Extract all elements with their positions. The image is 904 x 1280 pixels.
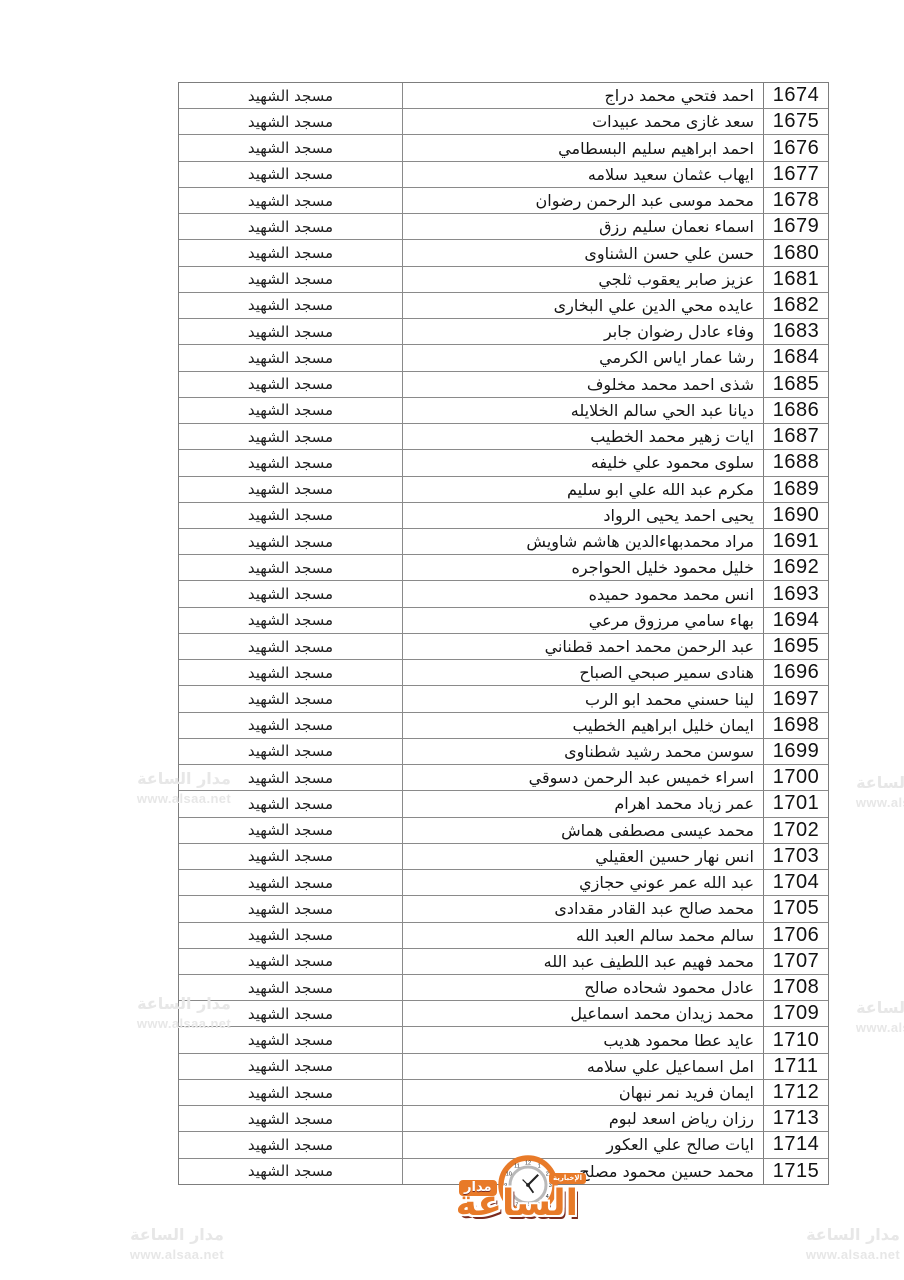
name-cell: عبد الله عمر عوني حجازي (403, 870, 764, 895)
name-cell: اسماء نعمان سليم رزق (403, 214, 764, 239)
svg-text:5: 5 (538, 1202, 541, 1208)
mosque-cell: مسجد الشهيد (179, 818, 403, 843)
number-cell: 1689 (764, 477, 828, 502)
table-row: مسجد الشهيدعايده محي الدين علي البخارى16… (179, 293, 828, 319)
mosque-cell: مسجد الشهيد (179, 1106, 403, 1131)
number-cell: 1702 (764, 818, 828, 843)
mosque-cell: مسجد الشهيد (179, 109, 403, 134)
table-row: مسجد الشهيدسالم محمد سالم العبد الله1706 (179, 923, 828, 949)
table-row: مسجد الشهيدمحمد حسين محمود مصلح1715 (179, 1159, 828, 1184)
name-cell: سلوى محمود علي خليفه (403, 450, 764, 475)
mosque-cell: مسجد الشهيد (179, 267, 403, 292)
name-cell: ايات صالح علي العكور (403, 1132, 764, 1157)
number-cell: 1690 (764, 503, 828, 528)
name-cell: حسن علي حسن الشناوى (403, 240, 764, 265)
mosque-cell: مسجد الشهيد (179, 398, 403, 423)
name-cell: انس محمد محمود حميده (403, 581, 764, 606)
name-cell: عمر زياد محمد اهرام (403, 791, 764, 816)
logo-wordmark: الساعة (460, 1186, 578, 1222)
table-row: مسجد الشهيدعبد الله عمر عوني حجازي1704 (179, 870, 828, 896)
number-cell: 1691 (764, 529, 828, 554)
number-cell: 1700 (764, 765, 828, 790)
number-cell: 1696 (764, 660, 828, 685)
name-cell: محمد موسى عبد الرحمن رضوان (403, 188, 764, 213)
watermark-site-name: مدار الساعة (828, 772, 904, 794)
number-cell: 1687 (764, 424, 828, 449)
mosque-cell: مسجد الشهيد (179, 1027, 403, 1052)
watermark-site-name: مدار الساعة (110, 1224, 244, 1246)
number-cell: 1698 (764, 713, 828, 738)
watermark: مدار الساعة www.alsaa.net (110, 1224, 244, 1265)
number-cell: 1706 (764, 923, 828, 948)
mosque-cell: مسجد الشهيد (179, 1080, 403, 1105)
name-cell: عزيز صابر يعقوب ثلجي (403, 267, 764, 292)
mosque-cell: مسجد الشهيد (179, 555, 403, 580)
mosque-cell: مسجد الشهيد (179, 1001, 403, 1026)
mosque-cell: مسجد الشهيد (179, 372, 403, 397)
name-cell: مكرم عبد الله علي ابو سليم (403, 477, 764, 502)
table-row: مسجد الشهيدمحمد صالح عبد القادر مقدادى17… (179, 896, 828, 922)
table-row: مسجد الشهيداحمد ابراهيم سليم البسطامي167… (179, 135, 828, 161)
number-cell: 1713 (764, 1106, 828, 1131)
table-row: مسجد الشهيدسعد غازى محمد عبيدات1675 (179, 109, 828, 135)
table-row: مسجد الشهيدمحمد عيسى مصطفى هماش1702 (179, 818, 828, 844)
table-row: مسجد الشهيدوفاء عادل رضوان جابر1683 (179, 319, 828, 345)
number-cell: 1695 (764, 634, 828, 659)
number-cell: 1714 (764, 1132, 828, 1157)
name-cell: شذى احمد محمد مخلوف (403, 372, 764, 397)
watermark: مدار الساعة www.alsaa.net (828, 772, 904, 813)
watermark-site-url: www.alsaa.net (828, 1019, 904, 1037)
table-row: مسجد الشهيدمكرم عبد الله علي ابو سليم168… (179, 477, 828, 503)
number-cell: 1707 (764, 949, 828, 974)
table-row: مسجد الشهيدهنادى سمير صبحي الصباح1696 (179, 660, 828, 686)
number-cell: 1682 (764, 293, 828, 318)
number-cell: 1692 (764, 555, 828, 580)
name-cell: محمد زيدان محمد اسماعيل (403, 1001, 764, 1026)
mosque-cell: مسجد الشهيد (179, 424, 403, 449)
table-row: مسجد الشهيدخليل محمود خليل الحواجره1692 (179, 555, 828, 581)
name-cell: احمد ابراهيم سليم البسطامي (403, 135, 764, 160)
number-cell: 1686 (764, 398, 828, 423)
name-cell: ديانا عبد الحي سالم الخلايله (403, 398, 764, 423)
number-cell: 1715 (764, 1159, 828, 1184)
watermark: مدار الساعة www.alsaa.net (786, 1224, 904, 1265)
svg-text:8: 8 (507, 1194, 510, 1200)
name-cell: ايمان خليل ابراهيم الخطيب (403, 713, 764, 738)
watermark-site-url: www.alsaa.net (786, 1246, 904, 1264)
number-cell: 1684 (764, 345, 828, 370)
table-row: مسجد الشهيديحيى احمد يحيى الرواد1690 (179, 503, 828, 529)
mosque-cell: مسجد الشهيد (179, 83, 403, 108)
name-cell: عبد الرحمن محمد احمد قطناني (403, 634, 764, 659)
name-cell: يحيى احمد يحيى الرواد (403, 503, 764, 528)
table-row: مسجد الشهيدعادل محمود شحاده صالح1708 (179, 975, 828, 1001)
mosque-cell: مسجد الشهيد (179, 975, 403, 1000)
name-cell: سوسن محمد رشيد شطناوى (403, 739, 764, 764)
name-cell: عايده محي الدين علي البخارى (403, 293, 764, 318)
name-cell: محمد صالح عبد القادر مقدادى (403, 896, 764, 921)
number-cell: 1697 (764, 686, 828, 711)
mosque-cell: مسجد الشهيد (179, 477, 403, 502)
victims-table: مسجد الشهيداحمد فتحي محمد دراج1674مسجد ا… (178, 82, 829, 1185)
table-row: مسجد الشهيدلينا حسني محمد ابو الرب1697 (179, 686, 828, 712)
table-row: مسجد الشهيدبهاء سامي مرزوق مرعي1694 (179, 608, 828, 634)
table-row: مسجد الشهيدشذى احمد محمد مخلوف1685 (179, 372, 828, 398)
name-cell: ايهاب عثمان سعيد سلامه (403, 162, 764, 187)
table-row: مسجد الشهيدانس محمد محمود حميده1693 (179, 581, 828, 607)
table-row: مسجد الشهيدايمان فريد نمر نبهان1712 (179, 1080, 828, 1106)
table-row: مسجد الشهيدعبد الرحمن محمد احمد قطناني16… (179, 634, 828, 660)
mosque-cell: مسجد الشهيد (179, 844, 403, 869)
table-row: مسجد الشهيدمحمد زيدان محمد اسماعيل1709 (179, 1001, 828, 1027)
table-row: مسجد الشهيدعايد عطا محمود هديب1710 (179, 1027, 828, 1053)
number-cell: 1703 (764, 844, 828, 869)
name-cell: رزان رياض اسعد لبوم (403, 1106, 764, 1131)
mosque-cell: مسجد الشهيد (179, 135, 403, 160)
name-cell: انس نهار حسين العقيلي (403, 844, 764, 869)
name-cell: امل اسماعيل علي سلامه (403, 1054, 764, 1079)
svg-text:7: 7 (515, 1202, 518, 1208)
mosque-cell: مسجد الشهيد (179, 686, 403, 711)
mosque-cell: مسجد الشهيد (179, 1159, 403, 1184)
watermark-site-name: مدار الساعة (828, 997, 904, 1019)
mosque-cell: مسجد الشهيد (179, 634, 403, 659)
number-cell: 1676 (764, 135, 828, 160)
name-cell: سالم محمد سالم العبد الله (403, 923, 764, 948)
number-cell: 1688 (764, 450, 828, 475)
mosque-cell: مسجد الشهيد (179, 896, 403, 921)
number-cell: 1681 (764, 267, 828, 292)
number-cell: 1694 (764, 608, 828, 633)
mosque-cell: مسجد الشهيد (179, 713, 403, 738)
name-cell: مراد محمدبهاءالدين هاشم شاويش (403, 529, 764, 554)
mosque-cell: مسجد الشهيد (179, 870, 403, 895)
table-row: مسجد الشهيدرزان رياض اسعد لبوم1713 (179, 1106, 828, 1132)
mosque-cell: مسجد الشهيد (179, 791, 403, 816)
svg-text:6: 6 (527, 1205, 530, 1211)
name-cell: عايد عطا محمود هديب (403, 1027, 764, 1052)
mosque-cell: مسجد الشهيد (179, 581, 403, 606)
watermark-site-url: www.alsaa.net (828, 794, 904, 812)
scanned-list-page: { "table": { "mosque_label": "مسجد الشهي… (0, 0, 904, 1280)
table-row: مسجد الشهيدعمر زياد محمد اهرام1701 (179, 791, 828, 817)
name-cell: رشا عمار اياس الكرمي (403, 345, 764, 370)
table-row: مسجد الشهيدايمان خليل ابراهيم الخطيب1698 (179, 713, 828, 739)
number-cell: 1677 (764, 162, 828, 187)
table-row: مسجد الشهيدمحمد موسى عبد الرحمن رضوان167… (179, 188, 828, 214)
table-row: مسجد الشهيدامل اسماعيل علي سلامه1711 (179, 1054, 828, 1080)
name-cell: ايمان فريد نمر نبهان (403, 1080, 764, 1105)
watermark-site-url: www.alsaa.net (110, 1246, 244, 1264)
table-row: مسجد الشهيداسماء نعمان سليم رزق1679 (179, 214, 828, 240)
number-cell: 1680 (764, 240, 828, 265)
name-cell: احمد فتحي محمد دراج (403, 83, 764, 108)
watermark: مدار الساعة www.alsaa.net (828, 997, 904, 1038)
table-row: مسجد الشهيدسلوى محمود علي خليفه1688 (179, 450, 828, 476)
number-cell: 1704 (764, 870, 828, 895)
name-cell: هنادى سمير صبحي الصباح (403, 660, 764, 685)
table-row: مسجد الشهيدايات صالح علي العكور1714 (179, 1132, 828, 1158)
table-row: مسجد الشهيداحمد فتحي محمد دراج1674 (179, 83, 828, 109)
table-row: مسجد الشهيداسراء خميس عبد الرحمن دسوقي17… (179, 765, 828, 791)
svg-text:4: 4 (546, 1194, 549, 1200)
number-cell: 1699 (764, 739, 828, 764)
table-row: مسجد الشهيدرشا عمار اياس الكرمي1684 (179, 345, 828, 371)
table-row: مسجد الشهيدديانا عبد الحي سالم الخلايله1… (179, 398, 828, 424)
table-row: مسجد الشهيدايات زهير محمد الخطيب1687 (179, 424, 828, 450)
number-cell: 1709 (764, 1001, 828, 1026)
watermark-site-name: مدار الساعة (786, 1224, 904, 1246)
name-cell: بهاء سامي مرزوق مرعي (403, 608, 764, 633)
number-cell: 1711 (764, 1054, 828, 1079)
name-cell: وفاء عادل رضوان جابر (403, 319, 764, 344)
number-cell: 1683 (764, 319, 828, 344)
table-row: مسجد الشهيدمحمد فهيم عبد اللطيف عبد الله… (179, 949, 828, 975)
table-row: مسجد الشهيدعزيز صابر يعقوب ثلجي1681 (179, 267, 828, 293)
number-cell: 1674 (764, 83, 828, 108)
table-row: مسجد الشهيدمراد محمدبهاءالدين هاشم شاويش… (179, 529, 828, 555)
name-cell: ايات زهير محمد الخطيب (403, 424, 764, 449)
mosque-cell: مسجد الشهيد (179, 765, 403, 790)
mosque-cell: مسجد الشهيد (179, 1132, 403, 1157)
name-cell: سعد غازى محمد عبيدات (403, 109, 764, 134)
mosque-cell: مسجد الشهيد (179, 188, 403, 213)
number-cell: 1708 (764, 975, 828, 1000)
table-row: مسجد الشهيدانس نهار حسين العقيلي1703 (179, 844, 828, 870)
mosque-cell: مسجد الشهيد (179, 319, 403, 344)
mosque-cell: مسجد الشهيد (179, 1054, 403, 1079)
name-cell: محمد فهيم عبد اللطيف عبد الله (403, 949, 764, 974)
number-cell: 1701 (764, 791, 828, 816)
mosque-cell: مسجد الشهيد (179, 503, 403, 528)
mosque-cell: مسجد الشهيد (179, 660, 403, 685)
mosque-cell: مسجد الشهيد (179, 240, 403, 265)
mosque-cell: مسجد الشهيد (179, 608, 403, 633)
name-cell: محمد حسين محمود مصلح (403, 1159, 764, 1184)
mosque-cell: مسجد الشهيد (179, 214, 403, 239)
number-cell: 1679 (764, 214, 828, 239)
number-cell: 1693 (764, 581, 828, 606)
name-cell: اسراء خميس عبد الرحمن دسوقي (403, 765, 764, 790)
mosque-cell: مسجد الشهيد (179, 529, 403, 554)
table-row: مسجد الشهيدايهاب عثمان سعيد سلامه1677 (179, 162, 828, 188)
mosque-cell: مسجد الشهيد (179, 450, 403, 475)
number-cell: 1710 (764, 1027, 828, 1052)
mosque-cell: مسجد الشهيد (179, 949, 403, 974)
mosque-cell: مسجد الشهيد (179, 739, 403, 764)
mosque-cell: مسجد الشهيد (179, 293, 403, 318)
mosque-cell: مسجد الشهيد (179, 162, 403, 187)
number-cell: 1678 (764, 188, 828, 213)
table-row: مسجد الشهيدسوسن محمد رشيد شطناوى1699 (179, 739, 828, 765)
name-cell: لينا حسني محمد ابو الرب (403, 686, 764, 711)
number-cell: 1675 (764, 109, 828, 134)
mosque-cell: مسجد الشهيد (179, 345, 403, 370)
table-row: مسجد الشهيدحسن علي حسن الشناوى1680 (179, 240, 828, 266)
name-cell: خليل محمود خليل الحواجره (403, 555, 764, 580)
name-cell: محمد عيسى مصطفى هماش (403, 818, 764, 843)
mosque-cell: مسجد الشهيد (179, 923, 403, 948)
number-cell: 1685 (764, 372, 828, 397)
name-cell: عادل محمود شحاده صالح (403, 975, 764, 1000)
number-cell: 1712 (764, 1080, 828, 1105)
number-cell: 1705 (764, 896, 828, 921)
